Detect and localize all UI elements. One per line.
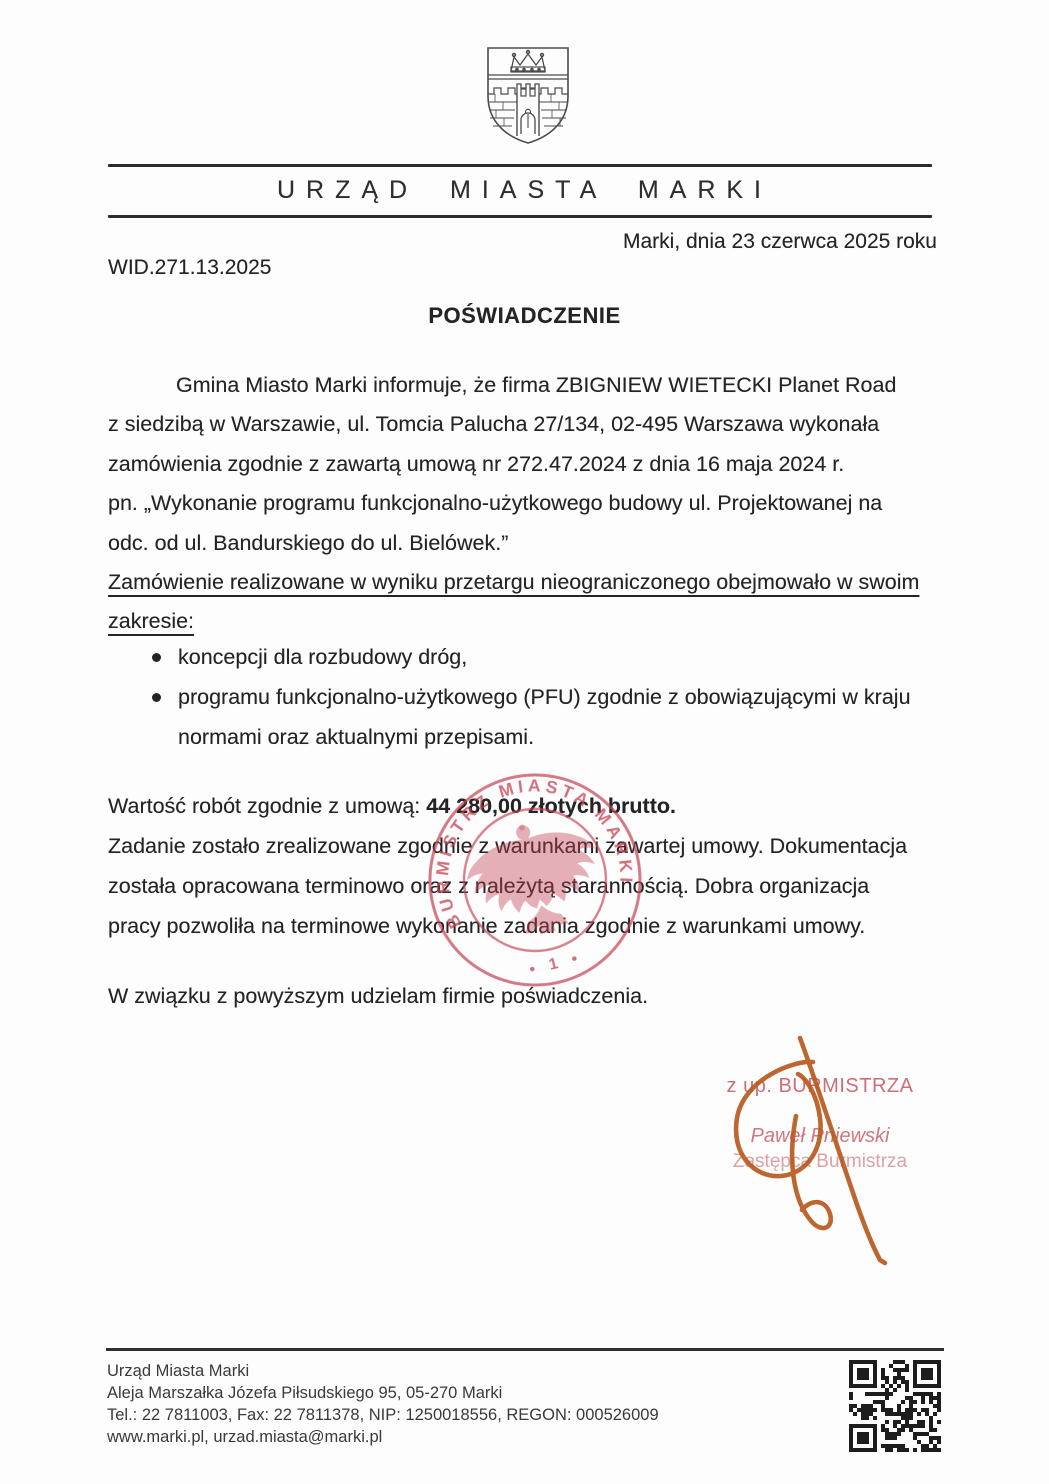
contract-value-label: Wartość robót zgodnie z umową: bbox=[108, 794, 426, 818]
value-paragraph: Wartość robót zgodnie z umową: 44 280,00… bbox=[108, 786, 942, 946]
body-line: odc. od ul. Bandurskiego do ul. Bielówek… bbox=[108, 524, 942, 563]
signature-authority: z up. BURMISTRZA bbox=[700, 1075, 940, 1098]
underlined-line: zakresie: bbox=[108, 602, 942, 641]
place-and-date: Marki, dnia 23 czerwca 2025 roku bbox=[623, 230, 937, 254]
header-rule-top bbox=[108, 164, 932, 167]
scope-bullet-list: koncepcji dla rozbudowy dróg, programu f… bbox=[108, 637, 942, 757]
signature-block: z up. BURMISTRZA Paweł Pniewski Zastępca… bbox=[700, 1075, 940, 1173]
handwritten-signature bbox=[700, 1018, 920, 1274]
body-line: została opracowana terminowo oraz z nale… bbox=[108, 866, 942, 906]
footer-web: www.marki.pl, urzad.miasta@marki.pl bbox=[107, 1426, 659, 1448]
body-line: pn. „Wykonanie programu funkcjonalno-uży… bbox=[108, 484, 942, 523]
underlined-line: Zamówienie realizowane w wyniku przetarg… bbox=[108, 563, 942, 602]
scanned-letter-page: URZĄD MIASTA MARKI Marki, dnia 23 czerwc… bbox=[0, 0, 1049, 1484]
signatory-name: Paweł Pniewski bbox=[700, 1125, 940, 1148]
footer-address: Aleja Marszałka Józefa Piłsudskiego 95, … bbox=[107, 1382, 659, 1404]
signatory-position: Zastępca Burmistrza bbox=[700, 1151, 940, 1173]
body-line: zamówienia zgodnie z zawartą umową nr 27… bbox=[108, 445, 942, 484]
intro-paragraph: Gmina Miasto Marki informuje, że firma Z… bbox=[108, 366, 942, 642]
footer-office: Urząd Miasta Marki bbox=[107, 1360, 659, 1382]
contract-value-line: Wartość robót zgodnie z umową: 44 280,00… bbox=[108, 786, 942, 826]
stamp-bottom-number: • 1 • bbox=[528, 949, 585, 979]
city-coat-of-arms-icon bbox=[481, 44, 575, 148]
footer: Urząd Miasta Marki Aleja Marszałka Józef… bbox=[107, 1360, 659, 1448]
footer-rule bbox=[106, 1348, 944, 1351]
office-name: URZĄD MIASTA MARKI bbox=[0, 176, 1049, 205]
body-line: pracy pozwoliła na terminowe wykonanie z… bbox=[108, 906, 942, 946]
bullet-item: programu funkcjonalno-użytkowego (PFU) z… bbox=[108, 677, 942, 717]
body-line: z siedzibą w Warszawie, ul. Tomcia Paluc… bbox=[108, 405, 942, 444]
body-line: Gmina Miasto Marki informuje, że firma Z… bbox=[108, 366, 942, 405]
document-title: POŚWIADCZENIE bbox=[0, 303, 1049, 329]
header-rule-bottom bbox=[108, 215, 932, 218]
contract-value-amount: 44 280,00 złotych brutto bbox=[426, 794, 670, 818]
closing-paragraph: W związku z powyższym udzielam firmie po… bbox=[108, 976, 942, 1016]
body-line: Zadanie zostało zrealizowane zgodnie z w… bbox=[108, 826, 942, 866]
closing-line: W związku z powyższym udzielam firmie po… bbox=[108, 976, 942, 1016]
bullet-item: koncepcji dla rozbudowy dróg, bbox=[108, 637, 942, 677]
contract-value-suffix: . bbox=[670, 794, 676, 818]
footer-contact: Tel.: 22 7811003, Fax: 22 7811378, NIP: … bbox=[107, 1404, 659, 1426]
case-number: WID.271.13.2025 bbox=[108, 256, 271, 280]
bullet-item-continuation: normami oraz aktualnymi przepisami. bbox=[108, 717, 942, 757]
qr-code bbox=[849, 1360, 941, 1452]
